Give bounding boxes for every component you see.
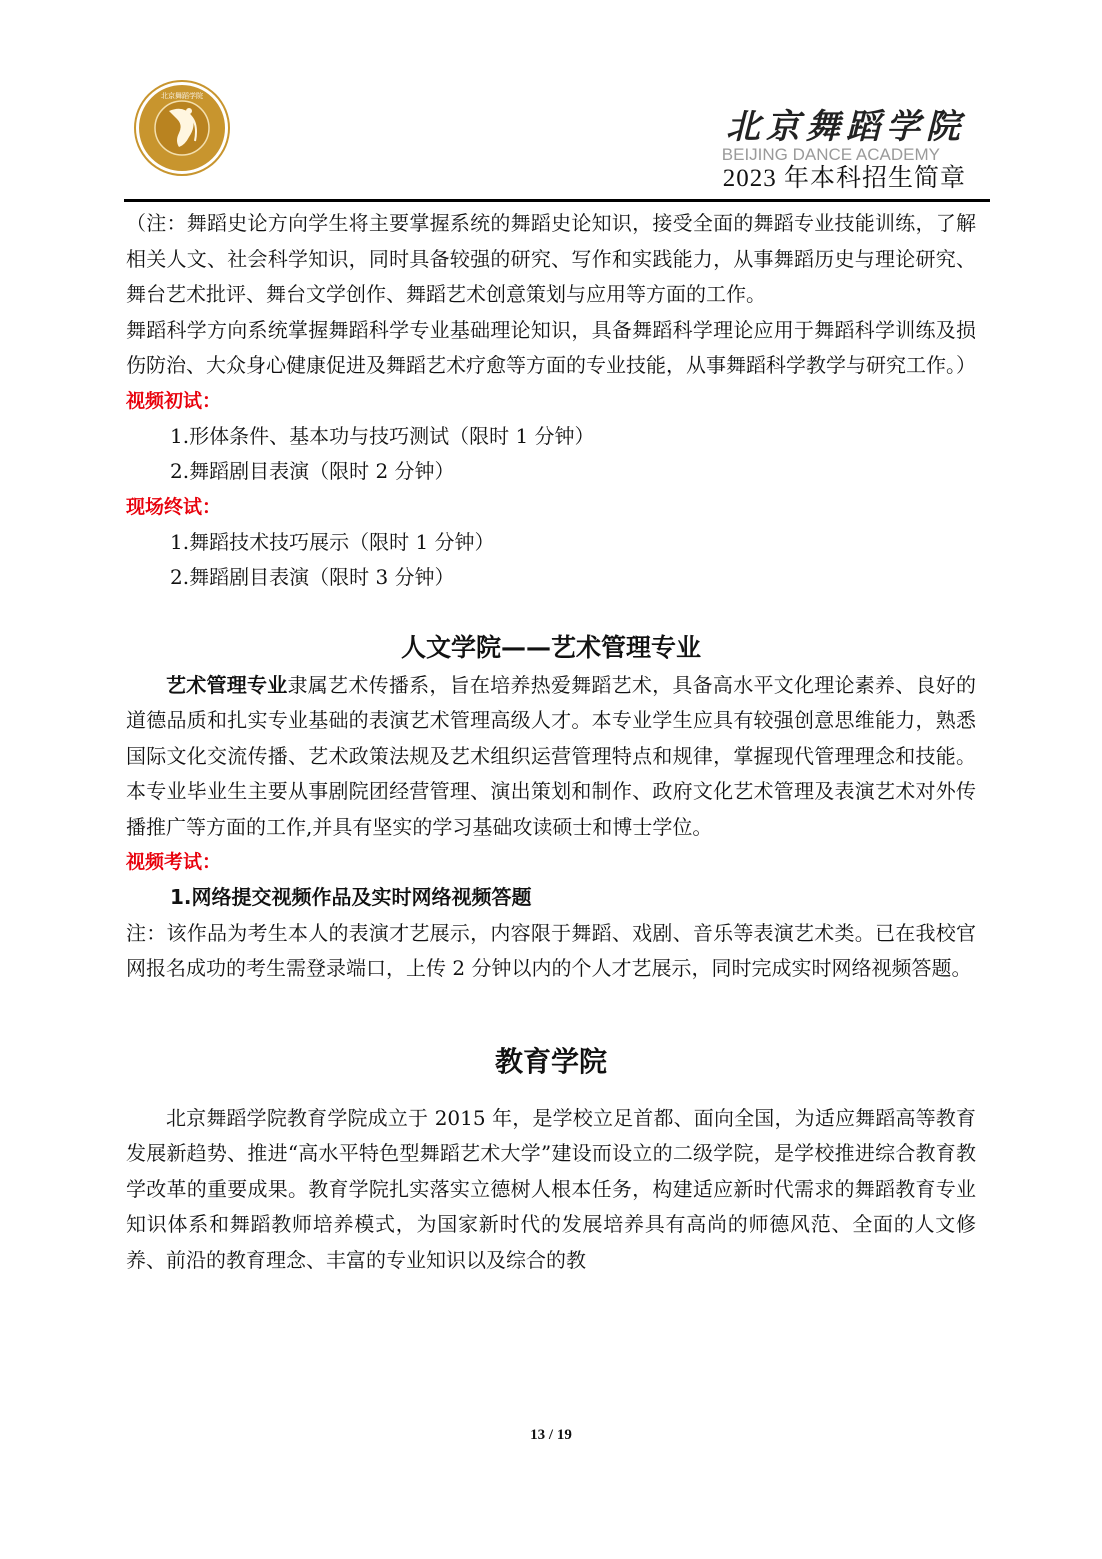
list-item: 1.网络提交视频作品及实时网络视频答题 bbox=[126, 880, 976, 916]
list-item: 2.舞蹈剧目表演（限时 3 分钟） bbox=[126, 560, 976, 596]
note-paragraph-dance-science: 舞蹈科学方向系统掌握舞蹈科学专业基础理论知识，具备舞蹈科学理论应用于舞蹈科学训练… bbox=[126, 313, 976, 384]
page-content: （注：舞蹈史论方向学生将主要掌握系统的舞蹈史论知识，接受全面的舞蹈专业技能训练，… bbox=[126, 206, 976, 1278]
brand-chinese-name: 北京舞蹈学院 bbox=[722, 108, 966, 146]
list-item: 2.舞蹈剧目表演（限时 2 分钟） bbox=[126, 454, 976, 490]
section-title-education: 教育学院 bbox=[126, 1027, 976, 1097]
list-item: 1.舞蹈技术技巧展示（限时 1 分钟） bbox=[126, 525, 976, 561]
brand-english-name: BEIJING DANCE ACADEMY bbox=[722, 146, 940, 164]
list-item: 1.形体条件、基本功与技巧测试（限时 1 分钟） bbox=[126, 419, 976, 455]
page-indicator: 13 / 19 bbox=[0, 1427, 1102, 1444]
video-exam-label: 视频考试： bbox=[126, 845, 976, 880]
brochure-subtitle: 2023 年本科招生简章 bbox=[722, 164, 966, 194]
video-exam-note: 注：该作品为考生本人的表演才艺展示，内容限于舞蹈、戏剧、音乐等表演艺术类。已在我… bbox=[126, 916, 976, 987]
education-intro: 北京舞蹈学院教育学院成立于 2015 年，是学校立足首都、面向全国，为适应舞蹈高… bbox=[126, 1101, 976, 1279]
video-prelim-label: 视频初试： bbox=[126, 384, 976, 419]
onsite-final-label: 现场终试： bbox=[126, 490, 976, 525]
brand-block: 北京舞蹈学院 BEIJING DANCE ACADEMY 2023 年本科招生简… bbox=[722, 108, 966, 194]
intro-text: 隶属艺术传播系，旨在培养热爱舞蹈艺术，具备高水平文化理论素养、良好的道德品质和扎… bbox=[126, 673, 976, 839]
page-header: 北京舞蹈学院 北京舞蹈学院 BEIJING DANCE ACADEMY 2023… bbox=[124, 60, 976, 203]
header-divider bbox=[124, 199, 990, 202]
dancer-emblem-icon: 北京舞蹈学院 bbox=[139, 85, 225, 171]
academy-logo: 北京舞蹈学院 bbox=[136, 82, 228, 174]
section-title-arts-management: 人文学院——艺术管理专业 bbox=[126, 628, 976, 668]
major-name: 艺术管理专业 bbox=[166, 673, 288, 697]
note-paragraph-history-theory: （注：舞蹈史论方向学生将主要掌握系统的舞蹈史论知识，接受全面的舞蹈专业技能训练，… bbox=[126, 206, 976, 313]
svg-text:北京舞蹈学院: 北京舞蹈学院 bbox=[161, 91, 203, 100]
arts-management-intro: 艺术管理专业隶属艺术传播系，旨在培养热爱舞蹈艺术，具备高水平文化理论素养、良好的… bbox=[126, 668, 976, 846]
